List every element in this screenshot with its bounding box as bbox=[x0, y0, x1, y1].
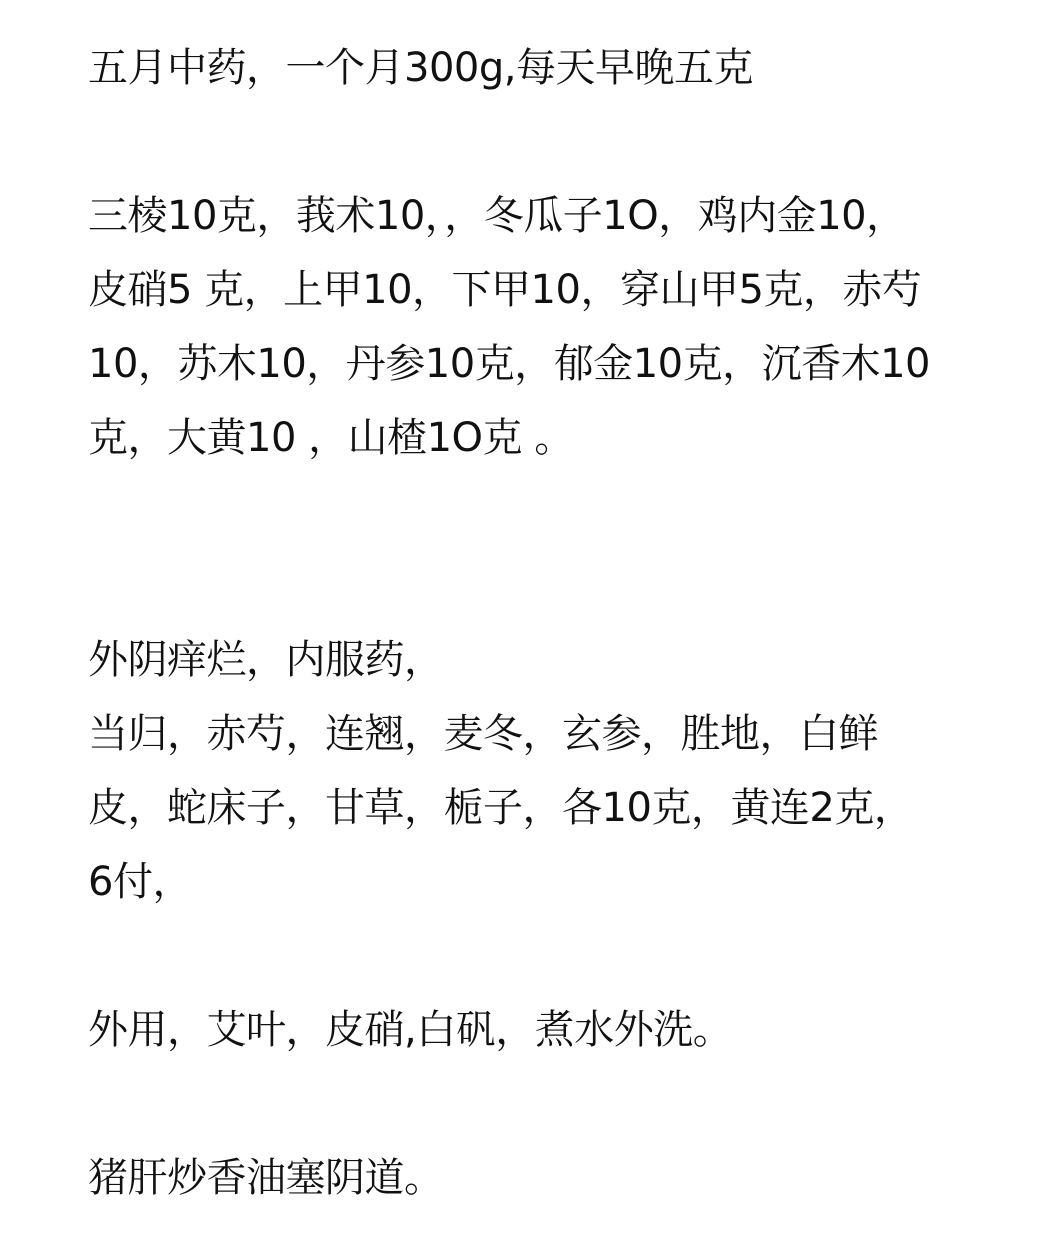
herb-list-line-1: 三棱10克，莪术10，，冬瓜子1O，鸡内金10， bbox=[88, 192, 906, 240]
herb-list-line-4: 克，大黄10 ，山楂1O克 。 bbox=[88, 414, 574, 462]
pork-liver-line: 猪肝炒香油塞阴道。 bbox=[88, 1154, 444, 1202]
internal-medicine-heading: 外阴痒烂，内服药， bbox=[88, 636, 444, 684]
internal-medicine-line-2: 皮，蛇床子，甘草，栀子，各10克，黄连2克， bbox=[88, 784, 913, 832]
external-use-line: 外用，艾叶，皮硝,白矾，煮水外洗。 bbox=[88, 1006, 732, 1054]
herb-list-line-3: 10，苏木10，丹参10克，郁金10克，沉香木10 bbox=[88, 340, 930, 388]
herb-list-line-2: 皮硝5 克，上甲10，下甲10，穿山甲5克，赤芍 bbox=[88, 266, 921, 314]
internal-medicine-line-1: 当归，赤芍，连翘，麦冬，玄参，胜地，白鲜 bbox=[88, 710, 878, 758]
internal-medicine-line-3: 6付， bbox=[88, 858, 192, 906]
heading-may-prescription: 五月中药，一个月300g,每天早晚五克 bbox=[88, 44, 753, 92]
